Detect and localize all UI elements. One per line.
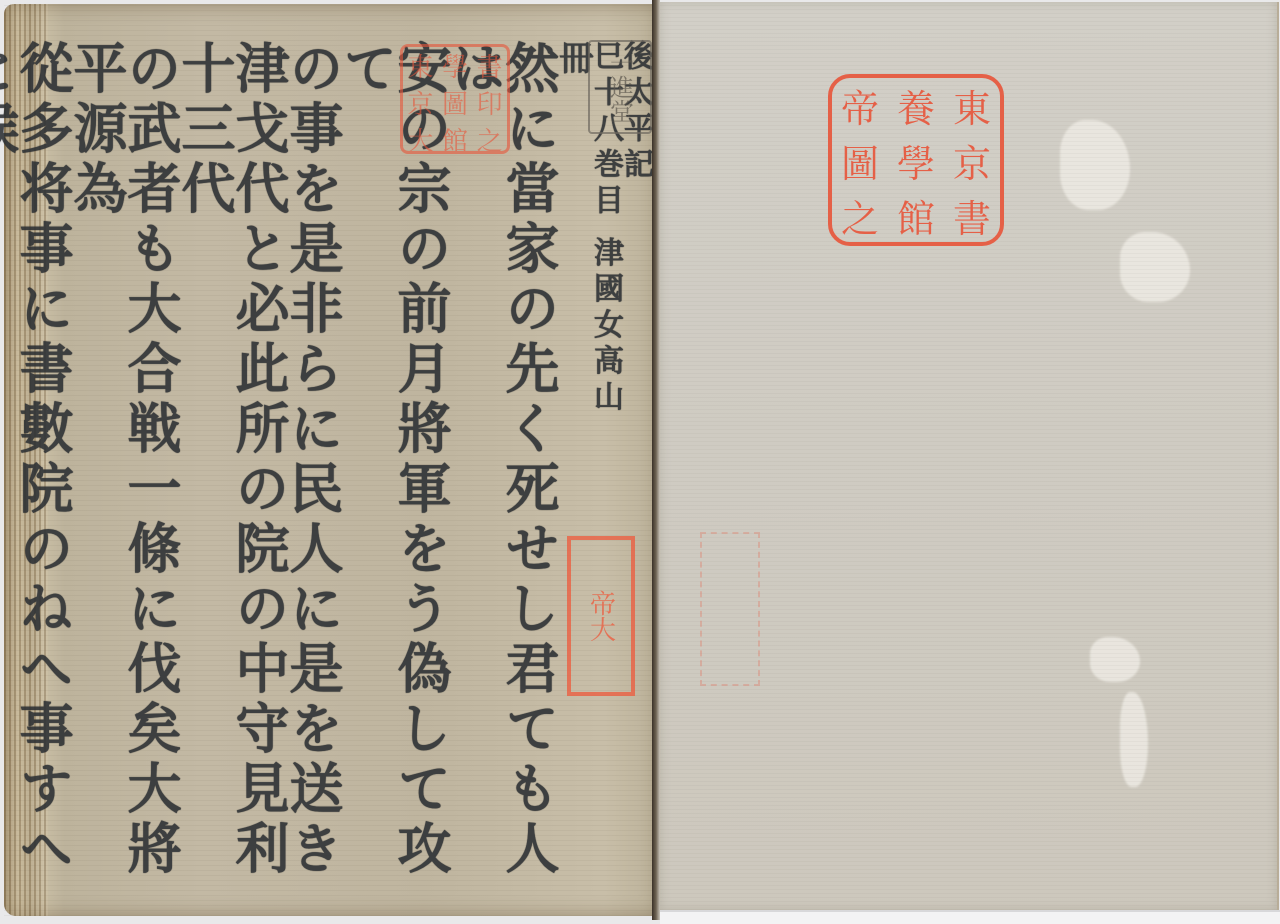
- text-column: 然に當家の先く死せし君ても人は: [448, 40, 556, 900]
- seal-glyph: 帝: [832, 78, 888, 133]
- text-column: 津戈代と必此所の院の中守見利十三代: [178, 40, 286, 900]
- text-column: の事を是非らに民人に是を送き: [286, 40, 340, 900]
- calligraphy-columns: 後太平記 巳十八巻目 津國女高山 冊 然に當家の先く死せし君ても人は 安の宗の前…: [60, 40, 650, 900]
- book-gutter: [652, 0, 660, 920]
- text-column: の武者も大合戦一條に伐矣大將平源為: [70, 40, 178, 900]
- seal-glyph: 東: [944, 78, 1000, 133]
- seal-glyph: 書: [944, 188, 1000, 243]
- seal-glyph: 之: [832, 188, 888, 243]
- seal-glyph: 養: [888, 78, 944, 133]
- seal-glyph: 之: [472, 121, 507, 158]
- text-column: 冊: [556, 40, 590, 900]
- text-column: 安の宗の前月將軍をう偽して攻て: [340, 40, 448, 900]
- seal-glyph: 館: [888, 188, 944, 243]
- ownership-stamp-grey: 一進堂: [588, 40, 652, 134]
- seal-glyph: 書: [472, 47, 507, 84]
- paper-stain: [1060, 120, 1130, 210]
- oblong-seal: 帝大: [567, 536, 635, 696]
- text-column-volume: 巳十八巻目 津國女高山: [590, 40, 620, 900]
- seal-glyph: 館: [438, 121, 473, 158]
- manuscript-spread: 後太平記 巳十八巻目 津國女高山 冊 然に當家の先く死せし君ても人は 安の宗の前…: [0, 0, 1280, 924]
- text-column-title: 後太平記: [620, 40, 650, 900]
- seal-glyph: 京: [403, 84, 438, 121]
- seal-glyph: 學: [438, 47, 473, 84]
- paper-stain: [1120, 232, 1190, 302]
- paper-stain: [1090, 637, 1140, 682]
- seal-glyph: 東: [403, 47, 438, 84]
- faint-offset-seal: [700, 532, 760, 686]
- text-column: 從多将事に書數院のねへ事すへと候: [0, 40, 70, 900]
- seal-glyph: 印: [472, 84, 507, 121]
- background-strip: [660, 910, 1280, 924]
- seal-glyph: 圖: [832, 133, 888, 188]
- paper-stain: [1120, 692, 1148, 787]
- seal-glyph: 學: [888, 133, 944, 188]
- library-seal-left: 東 學 書 京 圖 印 大 館 之: [400, 44, 510, 154]
- library-seal-right: 帝 養 東 圖 學 京 之 館 書: [828, 74, 1004, 246]
- seal-glyph: 京: [944, 133, 1000, 188]
- seal-glyph: 大: [403, 121, 438, 158]
- seal-glyph: 圖: [438, 84, 473, 121]
